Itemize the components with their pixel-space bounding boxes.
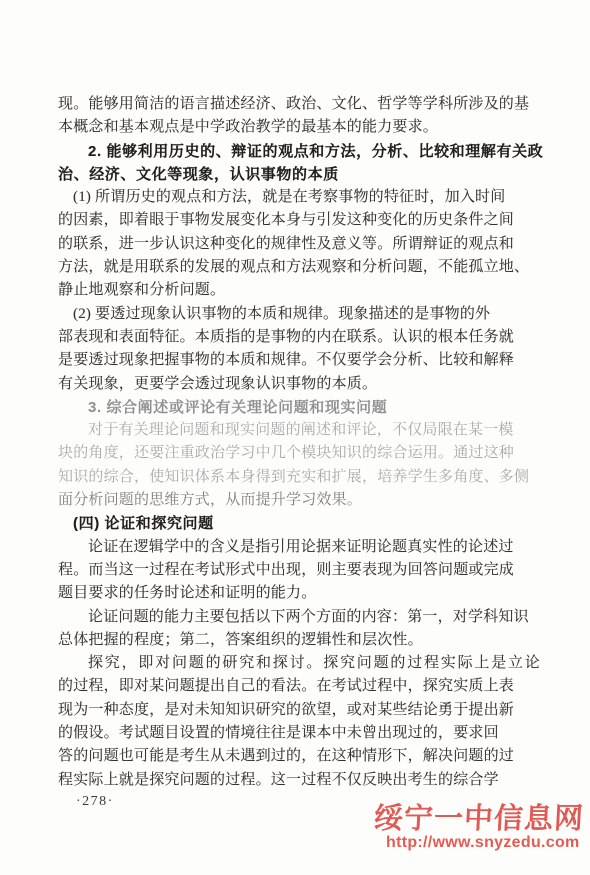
text-line: 的因素，即着眼于事物发展变化本身与引发这种变化的历史条件之间 (58, 209, 536, 232)
text-line: 现。能够用简洁的语言描述经济、政治、文化、哲学等学科所涉及的基 (58, 93, 536, 116)
text-line: 部表现和表面特征。本质指的是事物的内在联系。认识的根本任务就 (58, 326, 536, 349)
text-line: 本概念和基本观点是中学政治教学的最基本的能力要求。 (58, 116, 536, 139)
text-line: 方法，就是用联系的发展的观点和方法观察和分析问题，不能孤立地、 (58, 256, 536, 279)
text-line: 答的问题也可能是考生从未遇到过的，在这种情形下，解决问题的过 (58, 745, 536, 768)
watermark: 绥宁一中信息网 http://www.snyzedu.com (374, 804, 584, 851)
text-line: 论证在逻辑学中的含义是指引用论据来证明论题真实性的论述过 (58, 536, 536, 559)
text-line: (1) 所谓历史的观点和方法，就是在考察事物的特征时，加入时间 (58, 186, 536, 209)
text-line: 程。而当这一过程在考试形式中出现，则主要表现为回答问题或完成 (58, 559, 536, 582)
text-line: 总体把握的程度；第二，答案组织的逻辑性和层次性。 (58, 629, 536, 652)
text-line: 2. 能够利用历史的、辩证的观点和方法，分析、比较和理解有关政 (58, 140, 536, 163)
text-line: 静止地观察和分析问题。 (58, 279, 536, 302)
text-line: 是要透过现象把握事物的本质和规律。不仅要学会分析、比较和解释 (58, 349, 536, 372)
watermark-url: http://www.snyzedu.com (386, 835, 584, 851)
text-line: 论证问题的能力主要包括以下两个方面的内容：第一，对学科知识 (58, 606, 536, 629)
text-line: 对于有关理论问题和现实问题的阐述和评论，不仅局限在某一模 (58, 419, 536, 442)
text-line: 的联系，进一步认识这种变化的规律性及意义等。所谓辩证的观点和 (58, 233, 536, 256)
page: 现。能够用简洁的语言描述经济、政治、文化、哲学等学科所涉及的基本概念和基本观点是… (0, 0, 590, 875)
text-line: 的假设。考试题目设置的情境往往是课本中未曾出现过的，要求回 (58, 722, 536, 745)
text-line: 知识的综合，使知识体系本身得到充实和扩展，培养学生多角度、多侧 (58, 466, 536, 489)
text-line: (四) 论证和探究问题 (58, 512, 536, 535)
text-line: 题目要求的任务时论述和证明的能力。 (58, 582, 536, 605)
page-content: 现。能够用简洁的语言描述经济、政治、文化、哲学等学科所涉及的基本概念和基本观点是… (58, 93, 536, 792)
text-line: 程实际上就是探究问题的过程。这一过程不仅反映出考生的综合学 (58, 769, 536, 792)
text-line: 现为一种态度，是对未知知识研究的欲望，或对某些结论勇于提出新 (58, 699, 536, 722)
text-line: 3. 综合阐述或评论有关理论问题和现实问题 (58, 396, 536, 419)
text-line: (2) 要透过现象认识事物的本质和规律。现象描述的是事物的外 (58, 303, 536, 326)
page-number: ·278· (76, 794, 114, 810)
text-line: 的过程，即对某问题提出自己的看法。在考试过程中，探究实质上表 (58, 675, 536, 698)
watermark-title: 绥宁一中信息网 (373, 804, 585, 833)
text-line: 有关现象，更要学会透过现象认识事物的本质。 (58, 373, 536, 396)
text-line: 探究，即对问题的研究和探讨。探究问题的过程实际上是立论 (58, 652, 536, 675)
text-line: 治、经济、文化等现象，认识事物的本质 (58, 163, 536, 186)
text-line: 面分析问题的思维方式，从而提升学习效果。 (58, 489, 536, 512)
text-line: 块的角度，还要注重政治学习中几个模块知识的综合运用。通过这种 (58, 442, 536, 465)
